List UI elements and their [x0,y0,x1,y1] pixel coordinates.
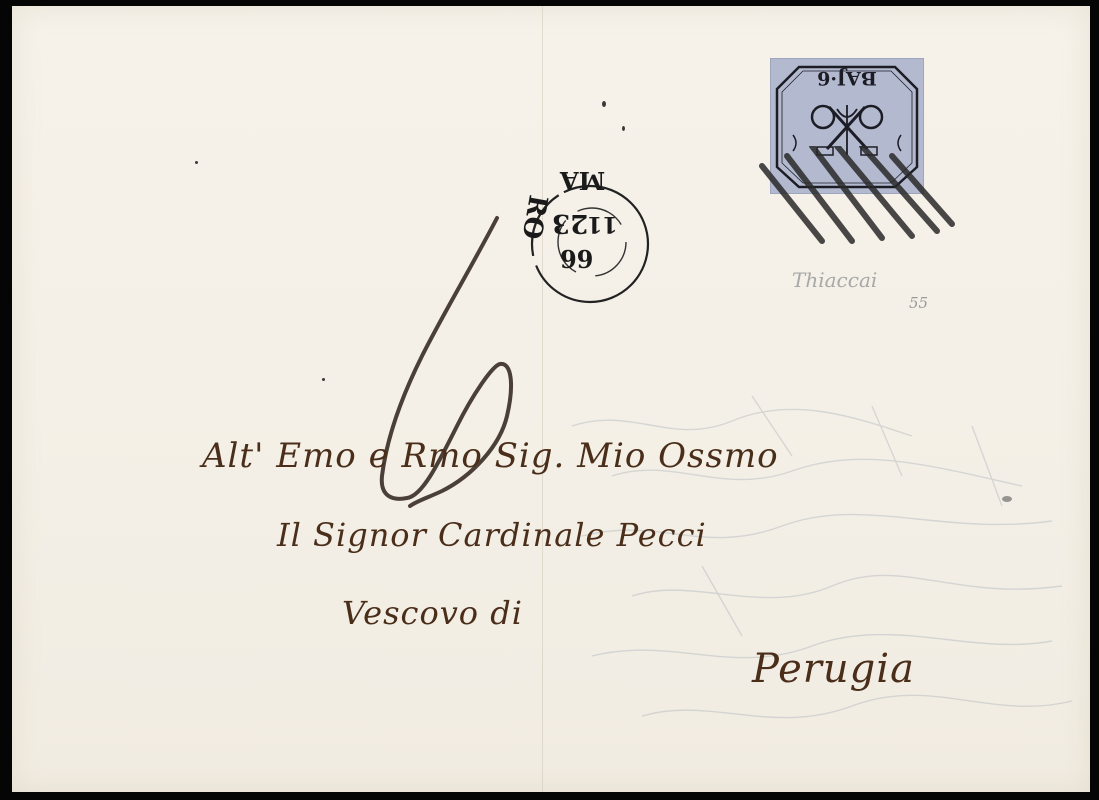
stamp-denomination-text: BAJ·6 [771,67,923,89]
address-line-1: Alt' Emo e Rmo Sig. Mio Ossmo [202,436,779,476]
postmark-day: 23 [552,208,588,238]
letter-cover: BAJ·6 RO MA 23 11 66 Thiaccai 55 Alt' Em… [12,6,1090,792]
postmark-town-part-2: MA [560,166,605,195]
postmark-month: 11 [587,211,618,237]
address-line-2: Il Signor Cardinale Pecci [277,516,707,554]
pencil-number: 55 [909,294,928,312]
paper-speck [602,101,606,107]
paper-speck [195,161,198,164]
address-line-3: Vescovo di [342,594,523,632]
grid-cancel-icon [752,146,962,256]
address-line-4-city: Perugia [752,646,915,692]
paper-speck [1002,496,1012,502]
paper-speck [622,126,625,131]
pencil-signature: Thiaccai [792,268,877,292]
postmark-year: 66 [560,244,593,273]
fold-line [542,6,543,792]
paper-speck [322,378,325,381]
